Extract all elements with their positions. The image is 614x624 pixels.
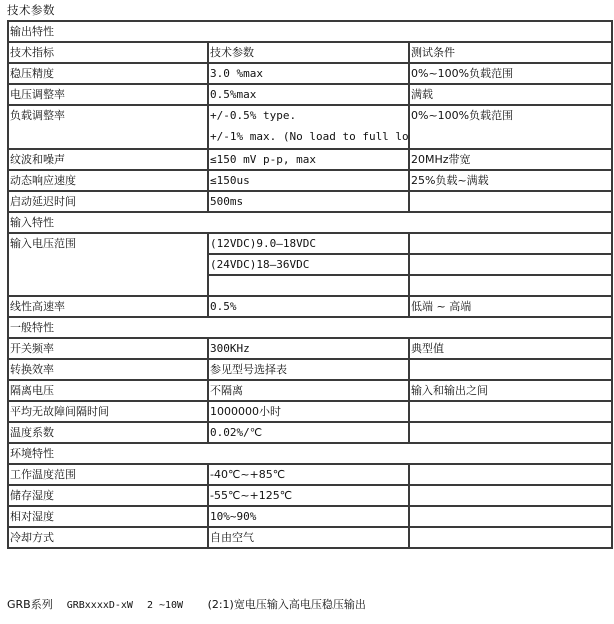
- spec-condition: [409, 254, 612, 275]
- spec-value: 10%~90%: [208, 506, 409, 527]
- table-row: 输入电压范围 (12VDC)9.0—18VDC: [8, 233, 612, 254]
- spec-value-line-1: +/-0.5% type.: [210, 106, 408, 125]
- table-row: 隔离电压 不隔离 输入和输出之间: [8, 380, 612, 401]
- spec-name: 线性高速率: [8, 296, 208, 317]
- spec-condition: 20MHz带宽: [409, 149, 612, 170]
- column-header-value: 技术参数: [208, 42, 409, 63]
- spec-value: -55℃~+125℃: [208, 485, 409, 506]
- spec-condition: [409, 233, 612, 254]
- spec-table: 输出特性 技术指标 技术参数 测试条件 稳压精度 3.0 %max 0%~100…: [7, 20, 613, 549]
- spec-value: [208, 275, 409, 296]
- spec-value-line-2: +/-1% max. (No load to full load): [210, 125, 408, 148]
- spec-value-multiline: +/-0.5% type. +/-1% max. (No load to ful…: [208, 105, 409, 149]
- spec-value: 0.5%max: [208, 84, 409, 105]
- section-title-general: 一般特性: [8, 317, 612, 338]
- spec-name: 工作温度范围: [8, 464, 208, 485]
- spec-value: 1000000小时: [208, 401, 409, 422]
- column-header-condition: 测试条件: [409, 42, 612, 63]
- table-row: 稳压精度 3.0 %max 0%~100%负载范围: [8, 63, 612, 84]
- table-header-row: 技术指标 技术参数 测试条件: [8, 42, 612, 63]
- table-row: 储存湿度 -55℃~+125℃: [8, 485, 612, 506]
- product-model: GRBxxxxD-xW: [67, 600, 133, 611]
- spec-value: 不隔离: [208, 380, 409, 401]
- table-row: 平均无故障间隔时间 1000000小时: [8, 401, 612, 422]
- spec-condition: 0%~100%负载范围: [409, 105, 612, 149]
- spec-value: 参见型号选择表: [208, 359, 409, 380]
- spec-name: 输入电压范围: [8, 233, 208, 296]
- table-row: 温度系数 0.02%/℃: [8, 422, 612, 443]
- table-row: 纹波和噪声 ≤150 mV p-p, max 20MHz带宽: [8, 149, 612, 170]
- spec-value: 3.0 %max: [208, 63, 409, 84]
- section-title-output: 输出特性: [8, 21, 612, 42]
- spec-name: 相对湿度: [8, 506, 208, 527]
- spec-name: 冷却方式: [8, 527, 208, 548]
- page-title: 技术参数: [7, 2, 55, 18]
- section-title-environment: 环境特性: [8, 443, 612, 464]
- section-title-input: 输入特性: [8, 212, 612, 233]
- spec-value: 0.5%: [208, 296, 409, 317]
- spec-name: 温度系数: [8, 422, 208, 443]
- table-row: 开关频率 300KHz 典型值: [8, 338, 612, 359]
- spec-value: 0.02%/℃: [208, 422, 409, 443]
- spec-condition: [409, 485, 612, 506]
- column-header-spec: 技术指标: [8, 42, 208, 63]
- spec-condition: [409, 359, 612, 380]
- spec-value: ≤150us: [208, 170, 409, 191]
- table-row: 冷却方式 自由空气: [8, 527, 612, 548]
- spec-condition: 输入和输出之间: [409, 380, 612, 401]
- product-description: (2:1)宽电压输入高电压稳压输出: [208, 598, 366, 611]
- spec-condition: 低端 ~ 高端: [409, 296, 612, 317]
- table-row: 电压调整率 0.5%max 满载: [8, 84, 612, 105]
- spec-value: (12VDC)9.0—18VDC: [208, 233, 409, 254]
- product-series: GRB系列: [7, 598, 53, 611]
- spec-name: 启动延迟时间: [8, 191, 208, 212]
- spec-value: 300KHz: [208, 338, 409, 359]
- spec-name: 开关频率: [8, 338, 208, 359]
- spec-value: (24VDC)18—36VDC: [208, 254, 409, 275]
- spec-condition: 典型值: [409, 338, 612, 359]
- spec-name: 电压调整率: [8, 84, 208, 105]
- section-row-general: 一般特性: [8, 317, 612, 338]
- spec-condition: [409, 464, 612, 485]
- spec-condition: 25%负载~满载: [409, 170, 612, 191]
- section-row-environment: 环境特性: [8, 443, 612, 464]
- spec-name: 隔离电压: [8, 380, 208, 401]
- table-row: 启动延迟时间 500ms: [8, 191, 612, 212]
- spec-condition: [409, 506, 612, 527]
- spec-condition: [409, 275, 612, 296]
- section-row-input: 输入特性: [8, 212, 612, 233]
- spec-name: 动态响应速度: [8, 170, 208, 191]
- spec-value: -40℃~+85℃: [208, 464, 409, 485]
- table-row: 相对湿度 10%~90%: [8, 506, 612, 527]
- spec-name: 平均无故障间隔时间: [8, 401, 208, 422]
- product-power-range: 2 ~10W: [147, 600, 183, 611]
- spec-condition: [409, 401, 612, 422]
- table-row: 转换效率 参见型号选择表: [8, 359, 612, 380]
- table-row: 动态响应速度 ≤150us 25%负载~满载: [8, 170, 612, 191]
- spec-name: 负载调整率: [8, 105, 208, 149]
- spec-name: 储存湿度: [8, 485, 208, 506]
- spec-condition: [409, 422, 612, 443]
- spec-name: 稳压精度: [8, 63, 208, 84]
- spec-condition: 满载: [409, 84, 612, 105]
- spec-name: 转换效率: [8, 359, 208, 380]
- spec-value: 自由空气: [208, 527, 409, 548]
- spec-name: 纹波和噪声: [8, 149, 208, 170]
- spec-value: 500ms: [208, 191, 409, 212]
- spec-condition: [409, 527, 612, 548]
- table-row: 负载调整率 +/-0.5% type. +/-1% max. (No load …: [8, 105, 612, 149]
- spec-condition: 0%~100%负载范围: [409, 63, 612, 84]
- spec-condition: [409, 191, 612, 212]
- table-row: 工作温度范围 -40℃~+85℃: [8, 464, 612, 485]
- section-row-output: 输出特性: [8, 21, 612, 42]
- product-caption: GRB系列 GRBxxxxD-xW 2 ~10W (2:1)宽电压输入高电压稳压…: [7, 597, 366, 613]
- spec-value: ≤150 mV p-p, max: [208, 149, 409, 170]
- table-row: 线性高速率 0.5% 低端 ~ 高端: [8, 296, 612, 317]
